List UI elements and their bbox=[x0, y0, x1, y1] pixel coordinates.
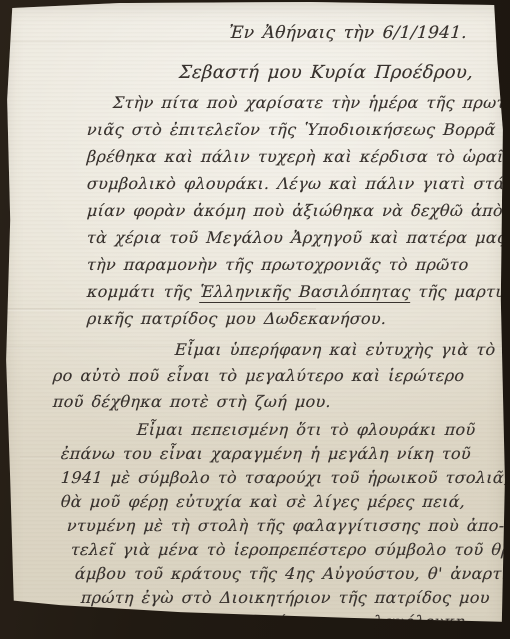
handwritten-line: ντυμένη μὲ τὴ στολὴ τῆς φαλαγγίτισσης πο… bbox=[66, 514, 506, 538]
photo-background: Ἐν Ἀθήναις τὴν 6/1/1941. Σεβαστή μου Κυρ… bbox=[0, 0, 510, 639]
handwritten-line: ἐπάνω του εἶναι χαραγμένη ἡ μεγάλη νίκη … bbox=[60, 442, 506, 466]
paragraph: Εἶμαι ὑπερήφανη καὶ εὐτυχὴς γιὰ τὸ δῶ-ρο… bbox=[52, 337, 504, 415]
salutation: Σεβαστή μου Κυρία Προέδρου, bbox=[178, 59, 474, 87]
handwritten-line: ρο αὐτὸ ποῦ εἶναι τὸ μεγαλύτερο καὶ ἱερώ… bbox=[52, 363, 506, 389]
handwritten-line: Καρπάθου τὴν δοξασμένη μας γαλανόλευκη bbox=[84, 610, 506, 634]
handwritten-line: τὴν παραμονὴν τῆς πρωτοχρονιᾶς τὸ πρῶτο bbox=[86, 251, 506, 278]
handwritten-line: πρώτη ἐγὼ στὸ Διοικητήριον τῆς πατρίδος … bbox=[80, 586, 506, 610]
handwritten-line: τελεῖ γιὰ μένα τὸ ἱεροπρεπέστερο σύμβολο… bbox=[70, 538, 506, 562]
handwritten-line: θὰ μοῦ φέρῃ εὐτυχία καὶ σὲ λίγες μέρες π… bbox=[60, 490, 506, 514]
handwritten-line: Εἶμαι πεπεισμένη ὅτι τὸ φλουράκι ποῦ bbox=[60, 418, 506, 442]
dateline: Ἐν Ἀθήναις τὴν 6/1/1941. bbox=[228, 20, 468, 46]
paragraph: Στὴν πίτα ποὺ χαρίσατε τὴν ἡμέρα τῆς πρω… bbox=[86, 89, 504, 332]
handwritten-line: ποῦ δέχθηκα ποτὲ στὴ ζωή μου. bbox=[52, 389, 506, 415]
handwritten-line: συμβολικὸ φλουράκι. Λέγω καὶ πάλιν γιατὶ… bbox=[86, 170, 506, 197]
underlined-phrase: Ἑλληνικῆς Βασιλόπητας bbox=[199, 282, 411, 303]
handwritten-line: βρέθηκα καὶ πάλιν τυχερὴ καὶ κέρδισα τὸ … bbox=[86, 143, 506, 170]
handwritten-line: άμβου τοῦ κράτους τῆς 4ης Αὐγούστου, θ' … bbox=[74, 562, 506, 586]
handwritten-line: 1941 μὲ σύμβολο τὸ τσαρούχι τοῦ ἡρωικοῦ … bbox=[60, 466, 506, 490]
handwritten-line: μίαν φορὰν ἀκόμη ποὺ ἀξιώθηκα νὰ δεχθῶ ἀ… bbox=[86, 197, 506, 224]
paragraph: Εἶμαι πεπεισμένη ὅτι τὸ φλουράκι ποῦἐπάν… bbox=[60, 418, 504, 634]
letter-paper: Ἐν Ἀθήναις τὴν 6/1/1941. Σεβαστή μου Κυρ… bbox=[0, 0, 510, 639]
handwritten-line: τὰ χέρια τοῦ Μεγάλου Ἀρχηγοῦ καὶ πατέρα … bbox=[86, 224, 506, 251]
handwritten-line: ρικῆς πατρίδος μου Δωδεκανήσου. bbox=[86, 305, 506, 332]
letter-body: Στὴν πίτα ποὺ χαρίσατε τὴν ἡμέρα τῆς πρω… bbox=[0, 89, 504, 634]
handwritten-line: Στὴν πίτα ποὺ χαρίσατε τὴν ἡμέρα τῆς πρω… bbox=[86, 89, 506, 116]
handwritten-line: νιᾶς στὸ ἐπιτελεῖον τῆς Ὑποδιοικήσεως Βο… bbox=[86, 116, 506, 143]
handwritten-line: κομμάτι τῆς Ἑλληνικῆς Βασιλόπητας τῆς μα… bbox=[86, 278, 506, 305]
handwritten-line: Εἶμαι ὑπερήφανη καὶ εὐτυχὴς γιὰ τὸ δῶ- bbox=[52, 337, 506, 363]
